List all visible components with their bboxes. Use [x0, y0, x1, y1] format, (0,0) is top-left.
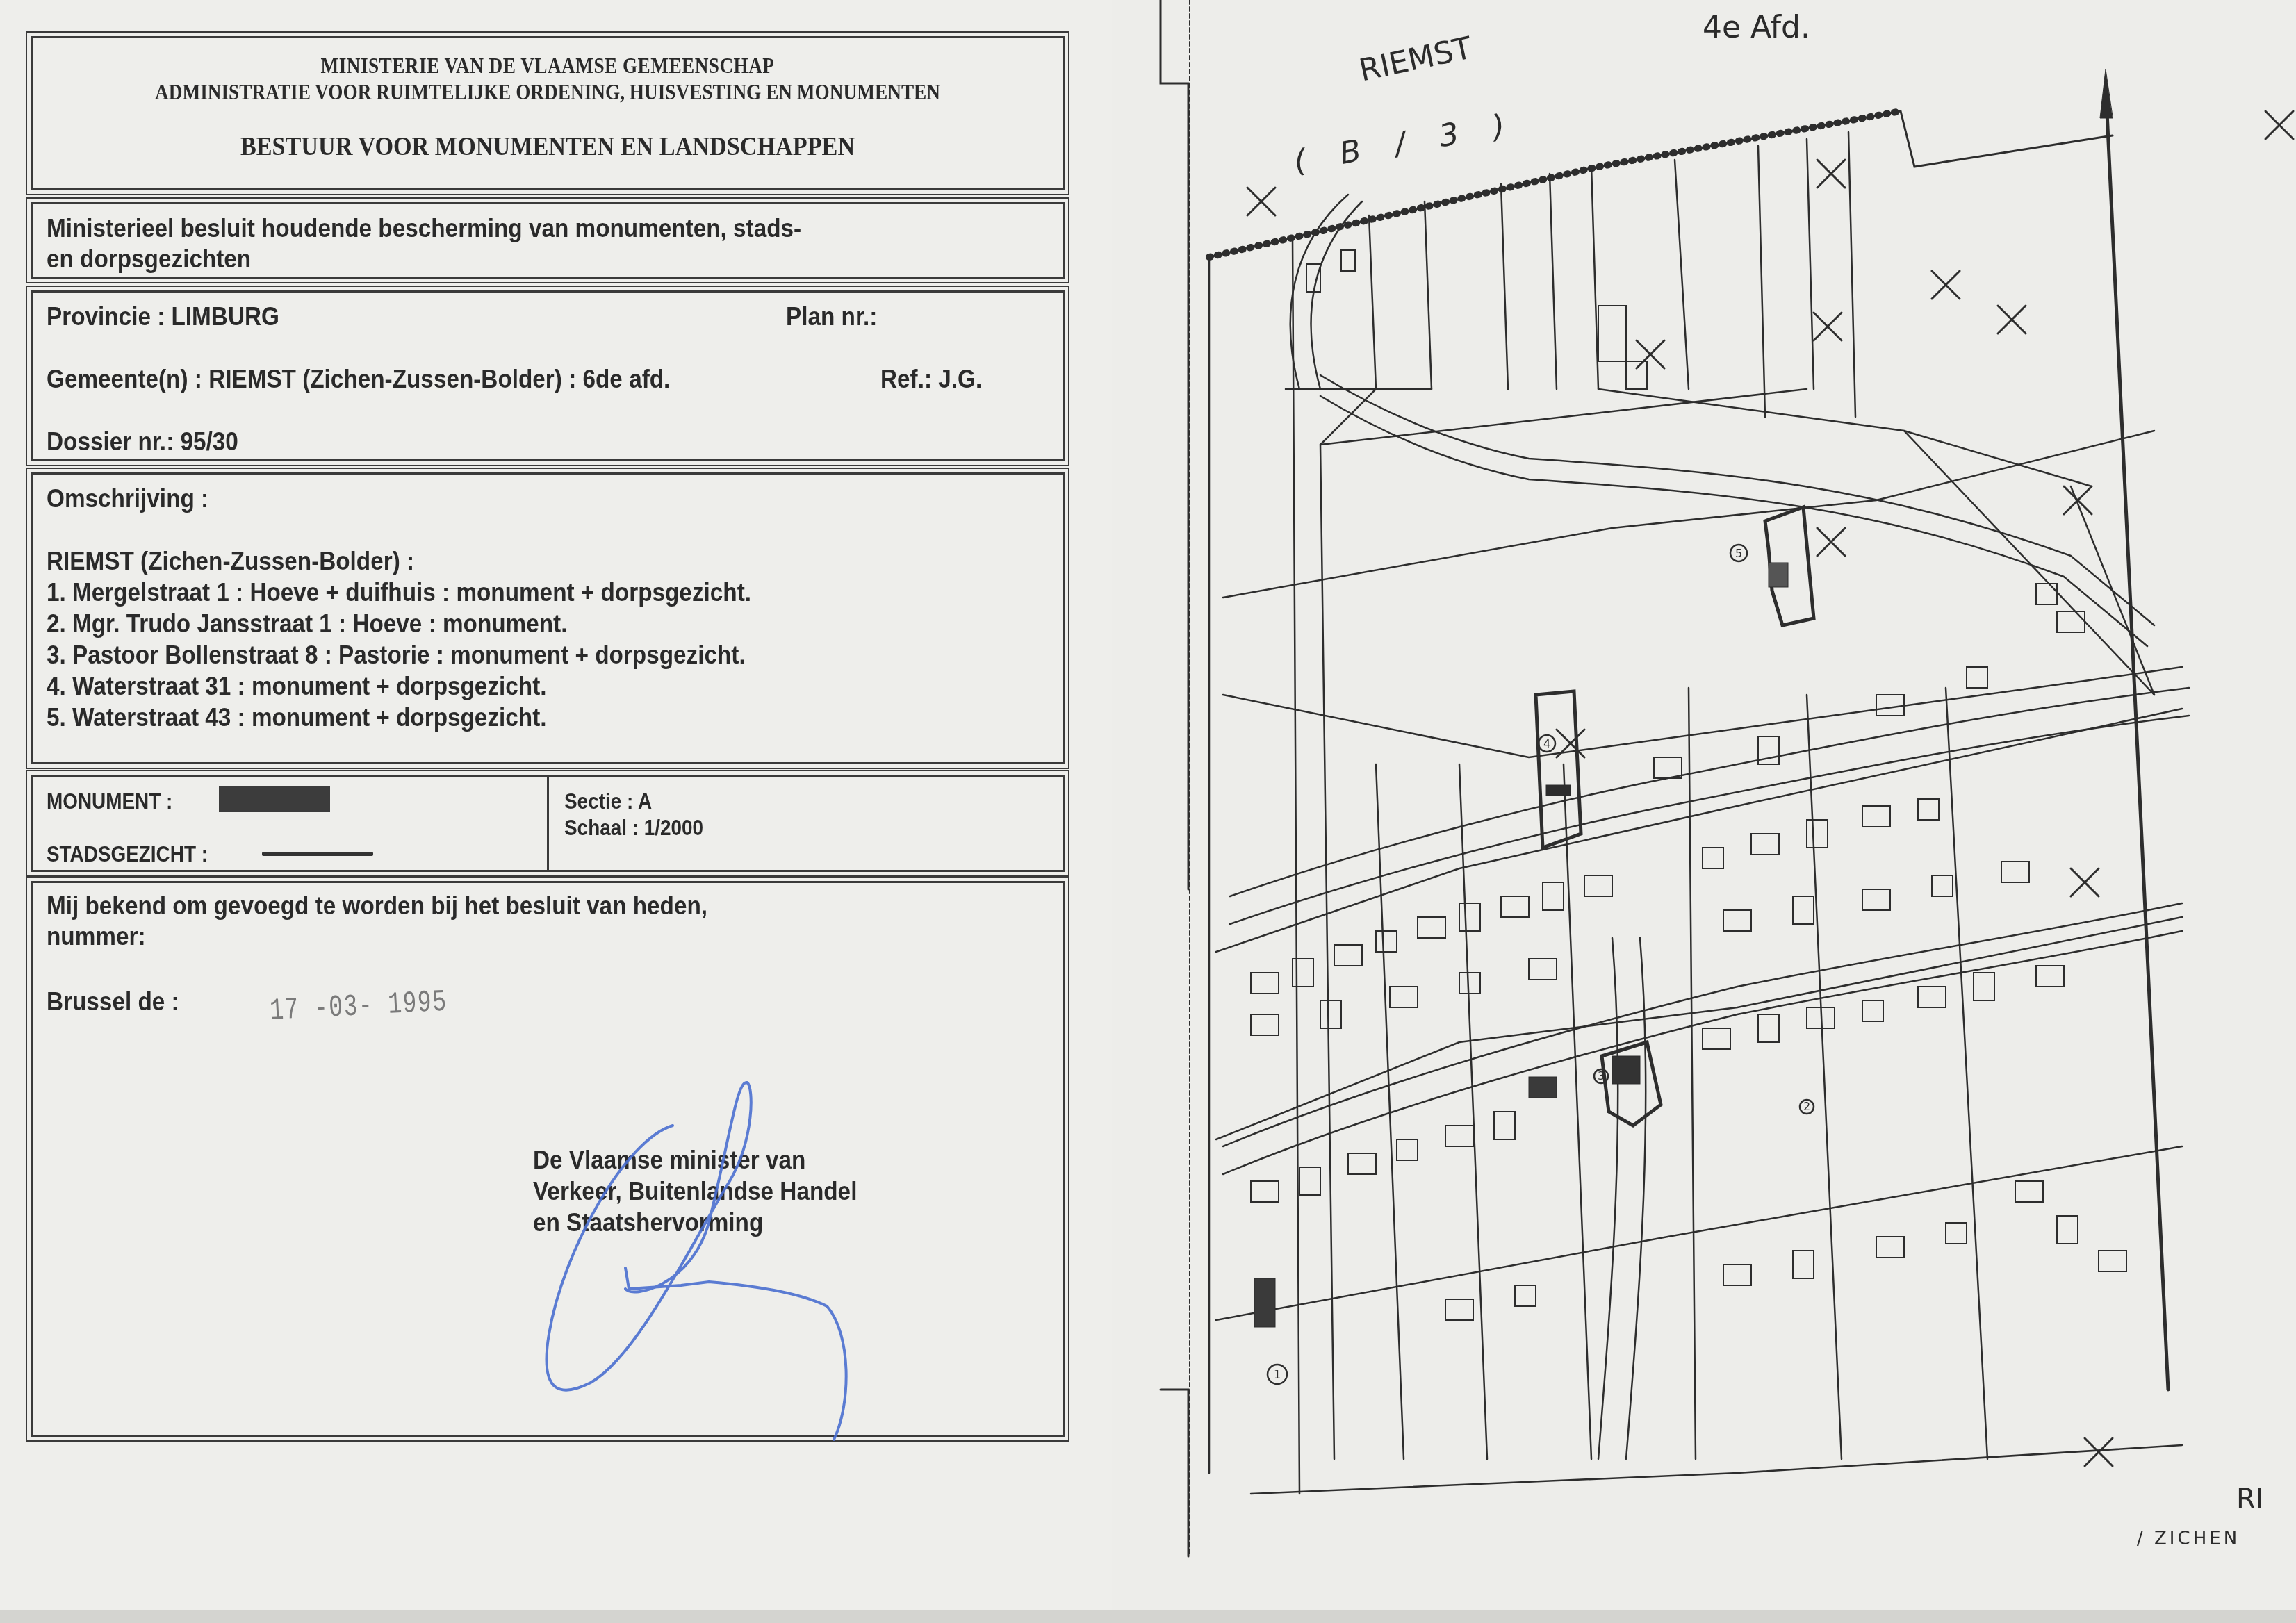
scan-edge — [0, 1610, 2296, 1623]
marker-4: 4 — [1543, 737, 1550, 750]
map-corner-label-2: / ZICHEN — [2137, 1529, 2240, 1549]
map-division-label: 4e Afd. — [1703, 10, 1810, 45]
map-corner-label: RI — [2236, 1483, 2264, 1515]
cadastral-map: 1 3 2 4 5 — [1112, 0, 2296, 1623]
marker-1: 1 — [1274, 1368, 1281, 1381]
marker-3: 3 — [1598, 1069, 1605, 1082]
marker-2: 2 — [1803, 1100, 1810, 1113]
marker-5: 5 — [1735, 547, 1742, 560]
